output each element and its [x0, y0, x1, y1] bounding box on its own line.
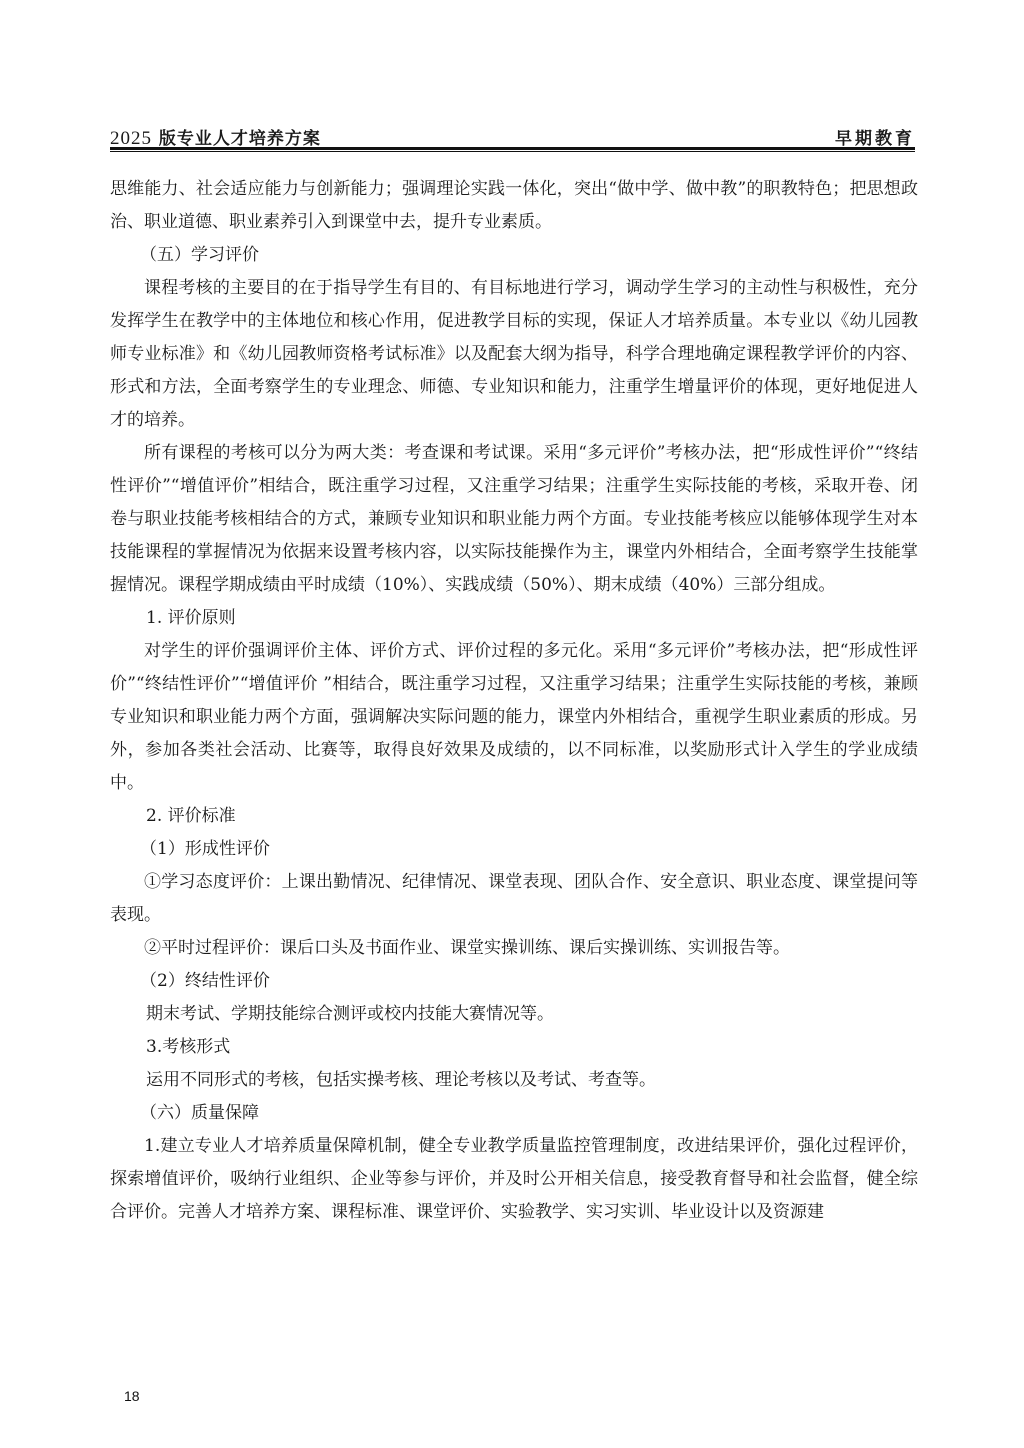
- subheading-assessment-forms: 3.考核形式: [110, 1031, 918, 1064]
- header-section-name: 早期教育: [835, 124, 915, 149]
- paragraph-quality-assurance: 1.建立专业人才培养质量保障机制，健全专业教学质量监控管理制度，改进结果评价，强…: [110, 1130, 918, 1229]
- page-number: 18: [124, 1388, 140, 1404]
- section-heading-learning-evaluation: （五）学习评价: [110, 239, 918, 272]
- header-title-text: 版专业人才培养方案: [159, 129, 321, 149]
- paragraph-assessment-types: 所有课程的考核可以分为两大类：考查课和考试课。采用“多元评价”考核办法，把“形成…: [110, 437, 918, 602]
- subheading-evaluation-standards: 2. 评价标准: [110, 800, 918, 833]
- subheading-formative-evaluation: （1）形成性评价: [110, 833, 918, 866]
- header-year: 2025: [110, 128, 152, 149]
- list-item-process-evaluation: ②平时过程评价：课后口头及书面作业、课堂实操训练、课后实操训练、实训报告等。: [110, 932, 918, 965]
- paragraph-assessment-purpose: 课程考核的主要目的在于指导学生有目的、有目标地进行学习，调动学生学习的主动性与积…: [110, 272, 918, 437]
- header-rule-thin: [110, 151, 915, 152]
- paragraph-summative-evaluation: 期末考试、学期技能综合测评或校内技能大赛情况等。: [110, 998, 918, 1031]
- list-item-attitude-evaluation: ①学习态度评价：上课出勤情况、纪律情况、课堂表现、团队合作、安全意识、职业态度、…: [110, 866, 918, 932]
- header-rule-thick: [110, 147, 915, 150]
- paragraph-evaluation-principles: 对学生的评价强调评价主体、评价方式、评价过程的多元化。采用“多元评价”考核办法，…: [110, 635, 918, 800]
- running-header: 2025 版专业人才培养方案 早期教育: [110, 124, 915, 146]
- section-heading-quality-assurance: （六）质量保障: [110, 1097, 918, 1130]
- paragraph-intro: 思维能力、社会适应能力与创新能力；强调理论实践一体化，突出“做中学、做中教”的职…: [110, 173, 918, 239]
- subheading-evaluation-principles: 1. 评价原则: [110, 602, 918, 635]
- page-body: 思维能力、社会适应能力与创新能力；强调理论实践一体化，突出“做中学、做中教”的职…: [110, 173, 918, 1229]
- subheading-summative-evaluation: （2）终结性评价: [110, 965, 918, 998]
- paragraph-assessment-forms: 运用不同形式的考核，包括实操考核、理论考核以及考试、考查等。: [110, 1064, 918, 1097]
